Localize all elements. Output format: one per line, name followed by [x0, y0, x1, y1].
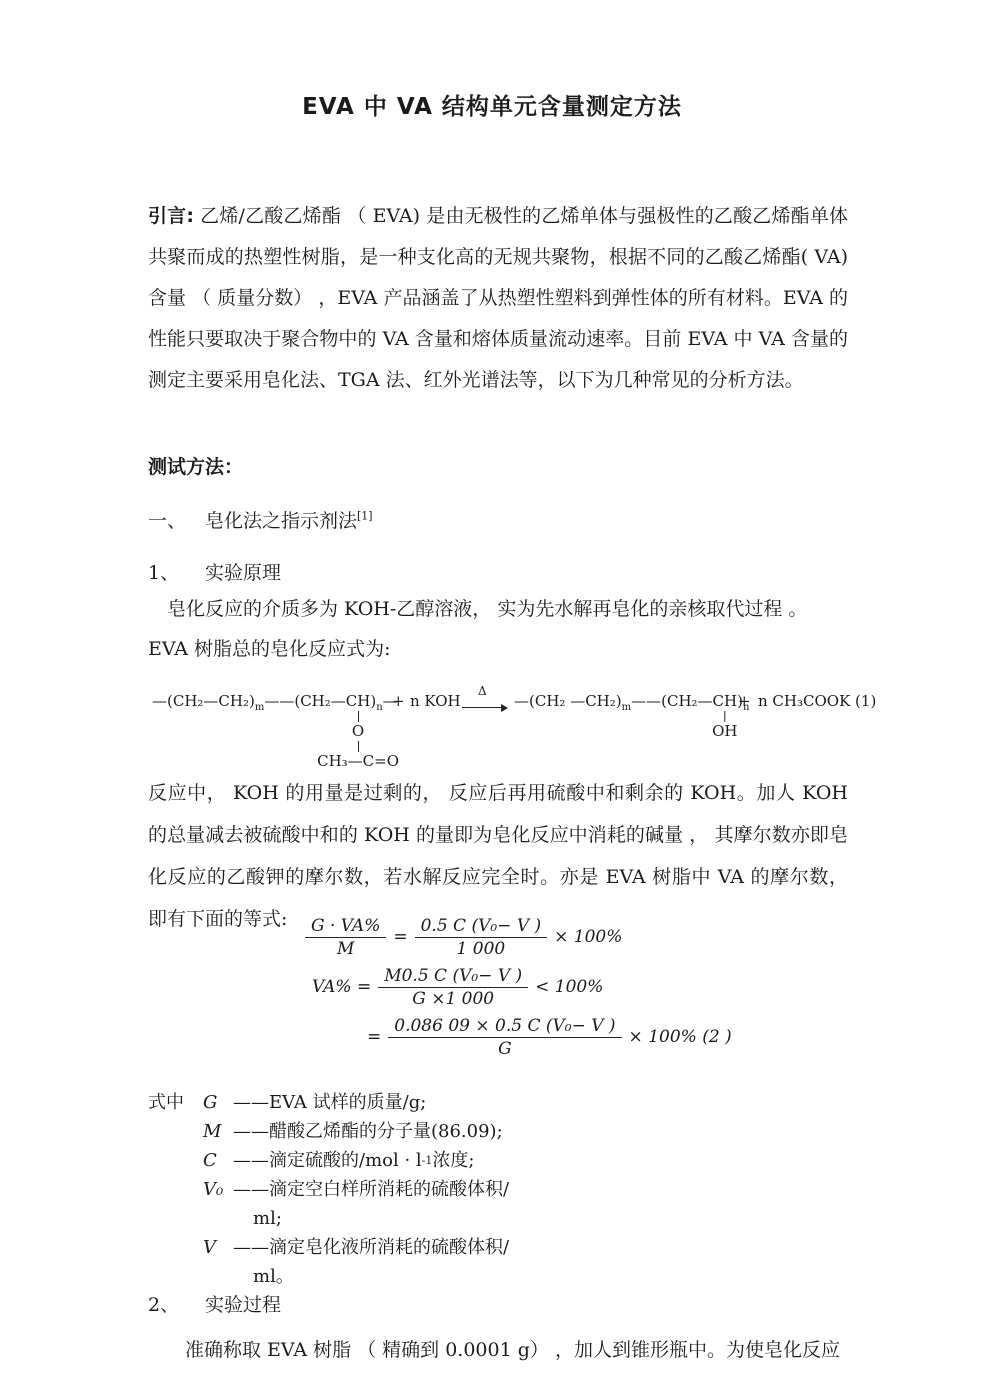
eq-ethylene-unit: —(CH₂—CH₂)	[152, 692, 255, 710]
bond: ——	[264, 692, 294, 710]
subsection-1-title: 实验原理	[205, 562, 281, 584]
legend-variable: V₀	[203, 1175, 233, 1204]
methods-heading: 测试方法：	[148, 452, 243, 479]
legend-text: 滴定空白样所消耗的硫酸体积/	[269, 1175, 509, 1204]
bond: ——	[631, 692, 661, 710]
fraction: M0.5 C (V₀− V )G ×1 000	[378, 966, 528, 1009]
formula-denominator: M	[337, 938, 354, 959]
ch-anchor: CHOCH₃—C=O	[346, 692, 371, 710]
legend-dash: ——	[233, 1233, 269, 1262]
formula-denominator: 1 000	[457, 938, 506, 959]
eq-plus-1: +	[392, 692, 405, 710]
formula-denominator: G ×1 000	[412, 988, 494, 1009]
legend-row: 式中G——EVA 试样的质量/g;	[148, 1088, 848, 1117]
formula-2: VA% = M0.5 C (V₀− V )G ×1 000 < 100%	[148, 962, 848, 1012]
formula-numerator: M0.5 C (V₀− V )	[378, 966, 528, 988]
legend-variable: M	[203, 1117, 233, 1146]
ch-group: CH	[713, 692, 738, 710]
eq-va-open: (CH₂—	[661, 692, 712, 710]
legend-continuation: ml;	[148, 1204, 848, 1233]
legend-text: EVA 试样的质量/g;	[269, 1088, 426, 1117]
eq-ethylene-unit: —(CH₂ —CH₂)	[514, 692, 622, 710]
principle-line-2: EVA 树脂总的皂化反应式为:	[148, 634, 848, 661]
legend-text: 滴定皂化液所消耗的硫酸体积/	[269, 1233, 509, 1262]
section-1-title: 皂化法之指示剂法	[205, 510, 357, 532]
eq-plus-2: +	[738, 692, 751, 710]
eq-left-polymer: —(CH₂—CH₂)m——(CH₂—CHOCH₃—C=O)n—	[152, 692, 398, 713]
doc-title: EVA 中 VA 结构单元含量测定方法	[0, 88, 984, 121]
legend-row: V₀——滴定空白样所消耗的硫酸体积/	[148, 1175, 848, 1204]
legend-text: 滴定硫酸的/mol · l	[269, 1146, 422, 1175]
eq-right-polymer: —(CH₂ —CH₂)m——(CH₂—CHOH)n	[514, 692, 749, 713]
formula-lhs: VA% =	[312, 977, 371, 997]
ch-anchor: CHOH	[713, 692, 738, 710]
section-1-heading: 一、皂化法之指示剂法[1]	[148, 506, 373, 533]
formula-numerator: 0.5 C (V₀− V )	[415, 916, 548, 938]
formula-suffix: < 100%	[535, 977, 603, 997]
bond-line	[724, 711, 725, 722]
reaction-arrow: Δ	[462, 700, 508, 714]
subsection-2-number: 2、	[148, 1290, 205, 1317]
legend-text: 醋酸乙烯酯的分子量(86.09);	[269, 1117, 503, 1146]
eq-va-open: (CH₂—	[294, 692, 345, 710]
formula-3: = 0.086 09 × 0.5 C (V₀− V )G × 100% (2 )	[148, 1012, 848, 1062]
formula-suffix: × 100% (2 )	[629, 1027, 732, 1047]
reference-superscript: [1]	[357, 510, 373, 523]
eq-oh-group: OH	[712, 723, 737, 740]
equals-sign: =	[393, 927, 407, 947]
formula-numerator: 0.086 09 × 0.5 C (V₀− V )	[388, 1016, 621, 1038]
ch-group: CH	[346, 692, 371, 710]
fraction: 0.5 C (V₀− V )1 000	[415, 916, 548, 959]
eq-product: n CH₃COOK (1)	[758, 692, 876, 710]
hydroxyl-branch: OH	[712, 710, 737, 740]
subsection-1-number: 1、	[148, 558, 205, 585]
bond-line	[358, 741, 359, 752]
equals-sign: =	[367, 1027, 381, 1047]
subscript-m: m	[622, 702, 631, 713]
legend-row: V——滴定皂化液所消耗的硫酸体积/	[148, 1233, 848, 1262]
formula-suffix: × 100%	[554, 927, 622, 947]
legend-variable: C	[203, 1146, 233, 1175]
fraction: G · VA%M	[305, 916, 386, 959]
acetate-branch: OCH₃—C=O	[317, 710, 399, 771]
eq-acetyl-group: CH₃—C=O	[317, 753, 399, 770]
intro-paragraph: 引言: 乙烯/乙酸乙烯酯 （ EVA) 是由无极性的乙烯单体与强极性的乙酸乙烯酯…	[148, 196, 848, 401]
intro-text: 乙烯/乙酸乙烯酯 （ EVA) 是由无极性的乙烯单体与强极性的乙酸乙烯酯单体共聚…	[148, 205, 848, 391]
legend-variable: G	[203, 1088, 233, 1117]
subsection-1-heading: 1、实验原理	[148, 558, 281, 585]
formula-numerator: G · VA%	[305, 916, 386, 938]
eq-reagent: n KOH	[410, 692, 461, 710]
bond-line	[358, 711, 359, 722]
legend-dash: ——	[233, 1117, 269, 1146]
delta-symbol: Δ	[478, 684, 487, 698]
subscript-m: m	[255, 702, 264, 713]
legend-row: C——滴定硫酸的/mol · l-1 浓度;	[148, 1146, 848, 1175]
eq-o-atom: O	[352, 723, 364, 740]
section-1-number: 一、	[148, 506, 205, 533]
document-page: EVA 中 VA 结构单元含量测定方法 引言: 乙烯/乙酸乙烯酯 （ EVA) …	[0, 0, 984, 1392]
principle-line-1: 皂化反应的介质多为 KOH-乙醇溶液， 实为先水解再皂化的亲核取代过程 。	[148, 594, 848, 621]
legend-variable: V	[203, 1233, 233, 1262]
formulas-block: G · VA%M = 0.5 C (V₀− V )1 000 × 100% VA…	[148, 912, 848, 1062]
formula-1: G · VA%M = 0.5 C (V₀− V )1 000 × 100%	[148, 912, 848, 962]
formula-denominator: G	[498, 1038, 512, 1059]
subsection-2-heading: 2、实验过程	[148, 1290, 281, 1317]
subsection-2-title: 实验过程	[205, 1294, 281, 1316]
intro-label: 引言:	[148, 205, 194, 227]
legend-superscript: -1	[422, 1146, 433, 1175]
legend-block: 式中G——EVA 试样的质量/g; M——醋酸乙烯酯的分子量(86.09); C…	[148, 1088, 848, 1291]
legend-dash: ——	[233, 1175, 269, 1204]
legend-text: 浓度;	[432, 1146, 474, 1175]
fraction: 0.086 09 × 0.5 C (V₀− V )G	[388, 1016, 621, 1059]
arrow-shaft	[462, 707, 503, 708]
legend-prefix: 式中	[148, 1088, 203, 1117]
legend-continuation: ml。	[148, 1262, 848, 1291]
arrow-head	[501, 704, 508, 712]
reaction-equation: —(CH₂—CH₂)m——(CH₂—CHOCH₃—C=O)n— + n KOH …	[150, 676, 870, 778]
process-paragraph: 准确称取 EVA 树脂 （ 精确到 0.0001 g） ，加人到锥形瓶中。为使皂…	[148, 1330, 848, 1371]
legend-dash: ——	[233, 1146, 269, 1175]
legend-row: M——醋酸乙烯酯的分子量(86.09);	[148, 1117, 848, 1146]
legend-dash: ——	[233, 1088, 269, 1117]
